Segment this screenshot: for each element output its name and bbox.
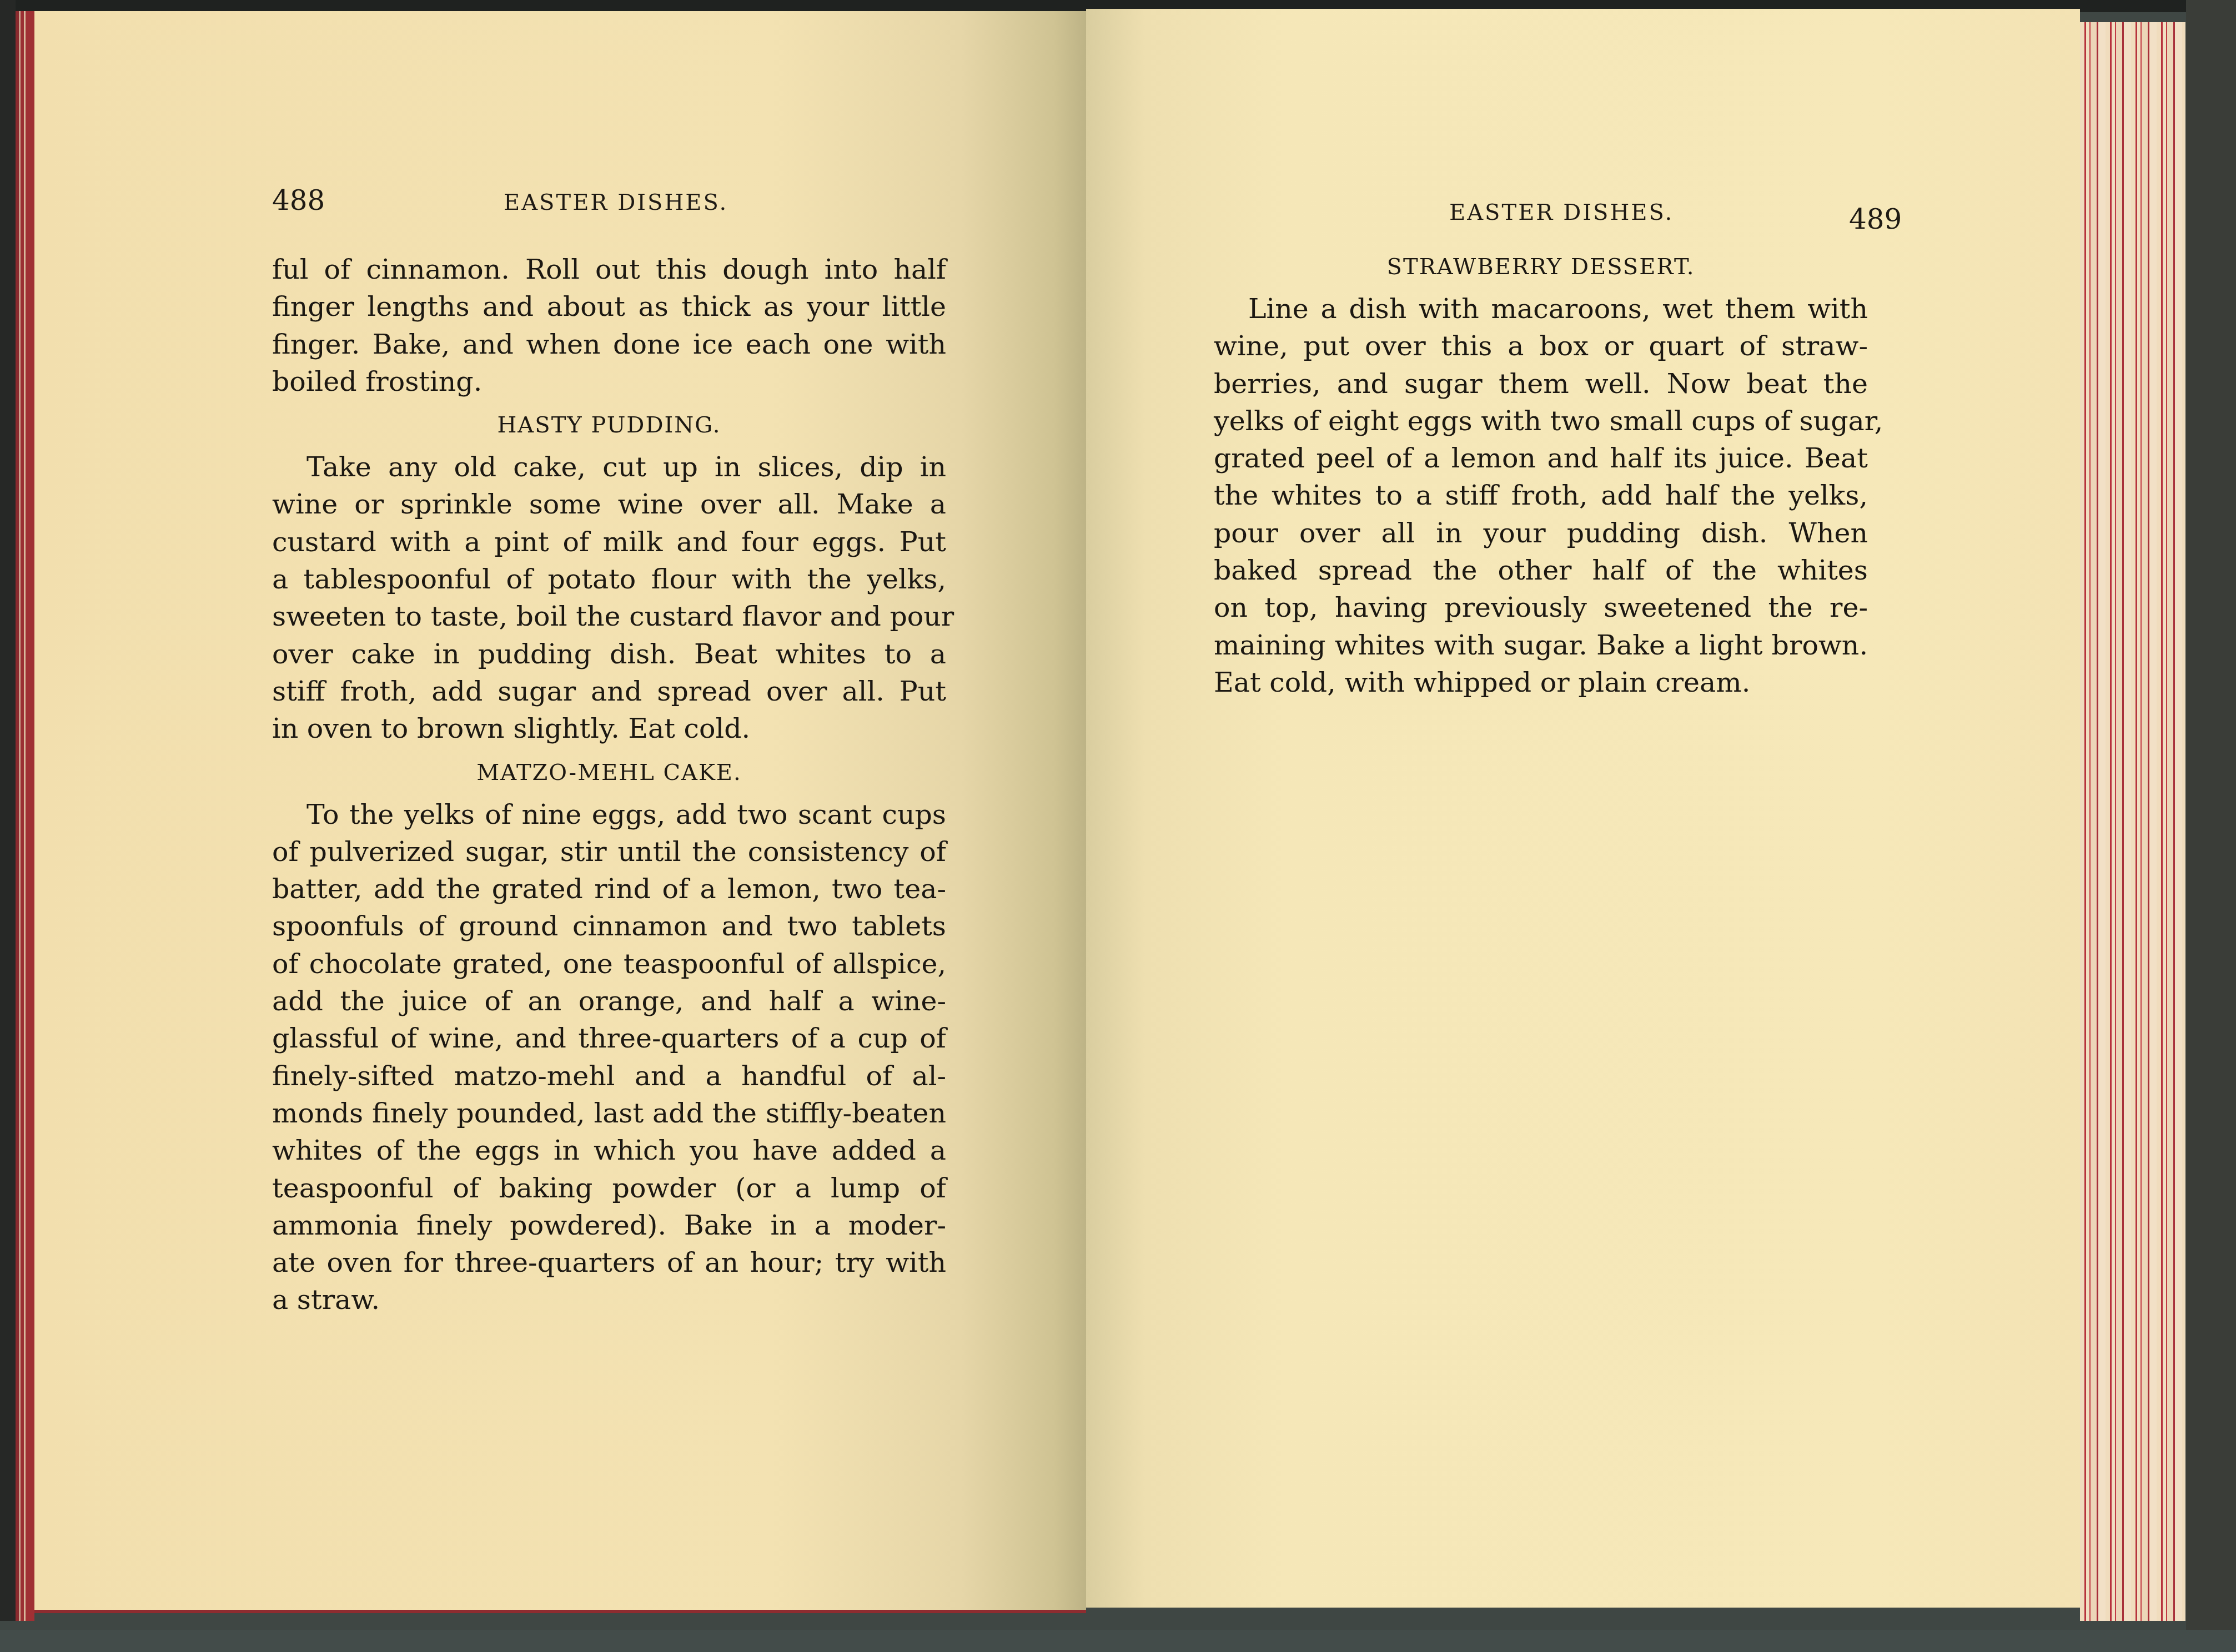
recipe-title-hasty-pudding: HASTY PUDDING. [272,407,946,444]
text-line: spoonfuls of ground cinnamon and two tab… [272,908,946,945]
text-line: over cake in pudding dish. Beat whites t… [272,636,946,673]
text-line: in oven to brown slightly. Eat cold. [272,710,946,747]
text-line: sweeten to taste, boil the custard flavo… [272,598,946,635]
text-line: ate oven for three-quarters of an hour; … [272,1244,946,1281]
text-line: boiled frosting. [272,363,946,400]
text-line: monds finely pounded, last add the stiff… [272,1095,946,1132]
text-line: of chocolate grated, one teaspoonful of … [272,945,946,983]
page-number: 488 [272,184,325,216]
right-page[interactable]: EASTER DISHES. 489 STRAWBERRY DESSERT. L… [1086,9,2080,1608]
text-line: teaspoonful of baking powder (or a lump … [272,1170,946,1207]
text-line: baked spread the other half of the white… [1214,552,1868,589]
book-cover-right [2186,0,2236,1652]
text-line: Eat cold, with whipped or plain cream. [1214,664,1868,701]
text-line: custard with a pint of milk and four egg… [272,523,946,561]
open-book: 488 EASTER DISHES. ful of cinnamon. Roll… [0,0,2236,1652]
text-line: finger lengths and about as thick as you… [272,288,946,325]
right-page-edges [2080,22,2185,1621]
left-page-edges [16,11,34,1621]
text-line: To the yelks of nine eggs, add two scant… [272,796,946,833]
text-line: a tablespoonful of potato flour with the… [272,561,946,598]
text-line: Take any old cake, cut up in slices, dip… [272,449,946,486]
running-head: EASTER DISHES. [504,190,728,215]
text-line: add the juice of an orange, and half a w… [272,983,946,1020]
text-line: on top, having previously sweetened the … [1214,589,1868,626]
right-page-text: STRAWBERRY DESSERT. Line a dish with mac… [1214,249,1868,701]
text-line: whites of the eggs in which you have add… [272,1132,946,1169]
text-line: grated peel of a lemon and half its juic… [1214,440,1868,477]
text-line: maining whites with sugar. Bake a light … [1214,627,1868,664]
text-line: pour over all in your pudding dish. When [1214,515,1868,552]
text-line: Line a dish with macaroons, wet them wit… [1214,290,1868,328]
recipe-title-strawberry-dessert: STRAWBERRY DESSERT. [1214,249,1868,286]
page-number: 489 [1849,203,1902,235]
book-cover-bottom [0,1630,2236,1652]
left-page[interactable]: 488 EASTER DISHES. ful of cinnamon. Roll… [34,11,1086,1613]
text-line: finely-sifted matzo-mehl and a handful o… [272,1057,946,1095]
text-line: wine, put over this a box or quart of st… [1214,328,1868,365]
left-page-text: ful of cinnamon. Roll out this dough int… [272,251,946,1319]
text-line: batter, add the grated rind of a lemon, … [272,870,946,908]
text-line: berries, and sugar them well. Now beat t… [1214,365,1868,402]
text-line: a straw. [272,1281,946,1318]
text-line: glassful of wine, and three-quarters of … [272,1020,946,1057]
text-line: ful of cinnamon. Roll out this dough int… [272,251,946,288]
text-line: wine or sprinkle some wine over all. Mak… [272,486,946,523]
text-line: finger. Bake, and when done ice each one… [272,326,946,363]
running-head: EASTER DISHES. [1449,200,1674,225]
text-line: the whites to a stiff froth, add half th… [1214,477,1868,514]
recipe-title-matzo-mehl-cake: MATZO-MEHL CAKE. [272,754,946,792]
text-line: of pulverized sugar, stir until the cons… [272,833,946,870]
text-line: yelks of eight eggs with two small cups … [1214,402,1868,440]
book-cover-left [0,0,16,1621]
text-line: stiff froth, add sugar and spread over a… [272,673,946,710]
text-line: ammonia finely powdered). Bake in a mode… [272,1207,946,1244]
